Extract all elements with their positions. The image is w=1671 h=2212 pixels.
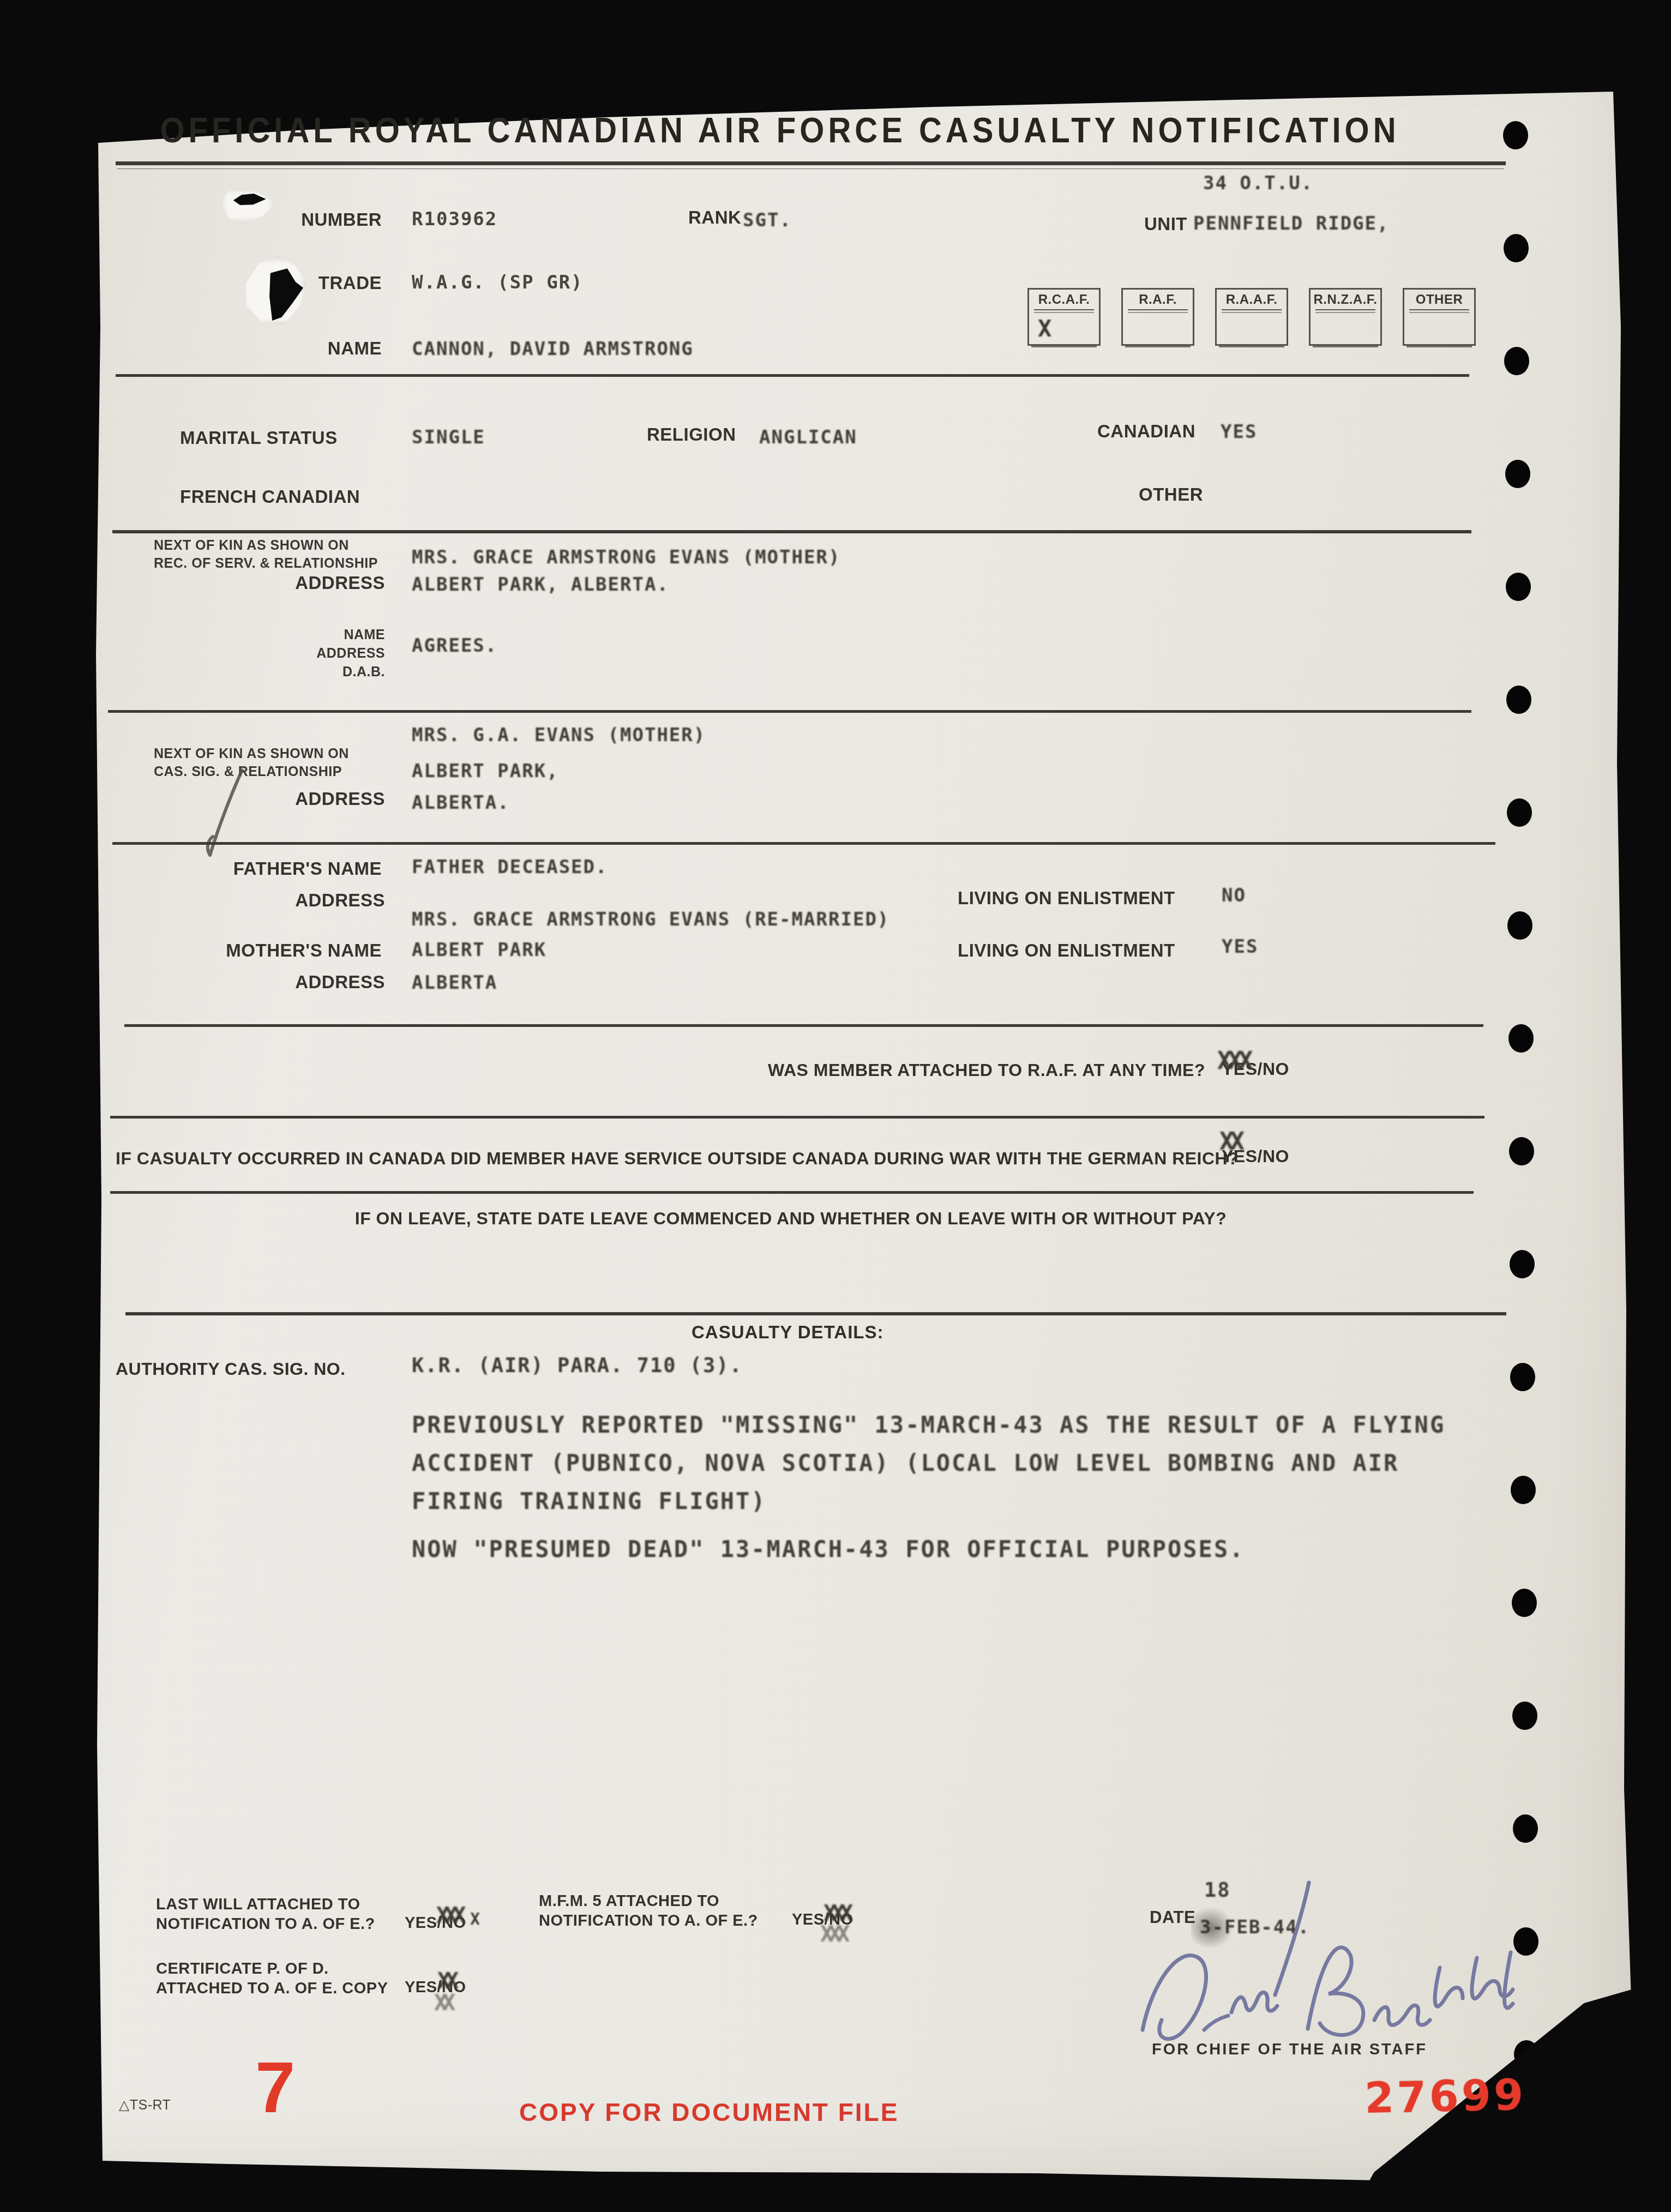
checkbox-rcaf: R.C.A.F. X bbox=[1027, 288, 1101, 346]
divider bbox=[1409, 309, 1469, 310]
casualty-presumed-dead-line: NOW "PRESUMED DEAD" 13-MARCH-43 FOR OFFI… bbox=[412, 1536, 1245, 1563]
checkbox-rnzaf: R.N.Z.A.F. bbox=[1309, 288, 1382, 346]
mfm-overstrike-mark2: XXX bbox=[820, 1922, 845, 1947]
checkbox-raaf-label: R.A.A.F. bbox=[1217, 292, 1287, 308]
last-will-extra-mark: X bbox=[470, 1910, 481, 1930]
nok-cas-address-label: ADDRESS bbox=[229, 789, 385, 809]
copy-for-document-file-stamp: COPY FOR DOCUMENT FILE bbox=[519, 2097, 899, 2127]
handwritten-checkmark-icon bbox=[203, 767, 249, 861]
mfm-yesno: YES/NO XXX XXX bbox=[792, 1910, 853, 1930]
mother-address-value: ALBERTA bbox=[412, 972, 497, 994]
marital-status-label: MARITAL STATUS bbox=[180, 428, 338, 448]
file-number-stamp: 27699 bbox=[1364, 2071, 1526, 2123]
number-value: R103962 bbox=[412, 208, 497, 231]
certificate-label-line1: CERTIFICATE P. OF D. bbox=[156, 1959, 388, 1979]
last-will-overstrike-mark: XXX bbox=[436, 1903, 461, 1928]
trade-value: W.A.G. (SP GR) bbox=[412, 272, 584, 294]
nok-cas-name: MRS. G.A. EVANS (MOTHER) bbox=[412, 724, 706, 747]
nok-cas-label-line2: CAS. SIG. & RELATIONSHIP bbox=[154, 763, 349, 781]
nok-record-dab-sublabel: D.A.B. bbox=[229, 663, 385, 681]
checkbox-other: OTHER bbox=[1403, 288, 1476, 346]
rank-label: RANK bbox=[688, 207, 741, 228]
certificate-label-line2: ATTACHED TO A. OF E. COPY bbox=[156, 1979, 388, 1998]
nok-record-name: MRS. GRACE ARMSTRONG EVANS (MOTHER) bbox=[412, 546, 840, 569]
checkbox-raaf: R.A.A.F. bbox=[1215, 288, 1288, 346]
checkbox-raf-label: R.A.F. bbox=[1123, 292, 1193, 308]
leave-question: IF ON LEAVE, STATE DATE LEAVE COMMENCED … bbox=[349, 1209, 1233, 1229]
nok-cas-address1: ALBERT PARK, bbox=[412, 760, 559, 783]
mother-address-label: ADDRESS bbox=[229, 972, 385, 993]
nok-record-label: NEXT OF KIN AS SHOWN ON REC. OF SERV. & … bbox=[154, 537, 378, 572]
copy-number-stamp: 7 bbox=[255, 2052, 295, 2124]
mother-living-value: YES bbox=[1222, 936, 1258, 958]
divider bbox=[1315, 309, 1375, 310]
canadian-value: YES bbox=[1221, 421, 1257, 443]
form-code: △TS-RT bbox=[119, 2097, 171, 2113]
certificate-yesno: YES/NO XX XX bbox=[405, 1977, 466, 1997]
mfm-label-line2: NOTIFICATION TO A. OF E.? bbox=[539, 1911, 758, 1931]
nok-record-dab-value: AGREES. bbox=[412, 635, 497, 657]
section-rule bbox=[112, 842, 1495, 845]
father-address-label: ADDRESS bbox=[229, 890, 385, 911]
nok-record-label-line2: REC. OF SERV. & RELATIONSHIP bbox=[154, 555, 378, 573]
last-will-label-line2: NOTIFICATION TO A. OF E.? bbox=[156, 1914, 375, 1934]
nok-record-address: ALBERT PARK, ALBERTA. bbox=[412, 574, 669, 596]
reich-yesno: YES/NO XX bbox=[1222, 1146, 1289, 1167]
signature bbox=[1091, 1849, 1527, 2070]
header-rule bbox=[116, 161, 1506, 165]
section-rule bbox=[112, 530, 1471, 533]
father-living-label: LIVING ON ENLISTMENT bbox=[958, 888, 1175, 909]
mother-city-value: ALBERT PARK bbox=[412, 939, 546, 961]
mother-living-label: LIVING ON ENLISTMENT bbox=[958, 940, 1175, 961]
reich-question: IF CASUALTY OCCURRED IN CANADA DID MEMBE… bbox=[116, 1149, 1239, 1169]
mothers-name-label: MOTHER'S NAME bbox=[153, 940, 382, 961]
canadian-label: CANADIAN bbox=[1097, 421, 1195, 442]
section-rule bbox=[110, 1191, 1474, 1194]
certificate-label: CERTIFICATE P. OF D. ATTACHED TO A. OF E… bbox=[156, 1959, 388, 1999]
nok-record-name-sublabel: NAME bbox=[229, 626, 385, 644]
fathers-name-label: FATHER'S NAME bbox=[164, 858, 382, 879]
father-living-value: NO bbox=[1222, 885, 1246, 907]
section-rule bbox=[124, 1024, 1483, 1027]
nok-cas-address2: ALBERTA. bbox=[412, 792, 510, 814]
last-will-yesno: YES/NO XXX bbox=[405, 1913, 466, 1933]
checkbox-raf: R.A.F. bbox=[1121, 288, 1194, 346]
name-value: CANNON, DAVID ARMSTRONG bbox=[412, 338, 694, 360]
religion-value: ANGLICAN bbox=[759, 426, 857, 449]
section-rule bbox=[125, 1312, 1506, 1315]
section-rule bbox=[110, 1116, 1484, 1119]
name-label: NAME bbox=[235, 338, 382, 359]
reich-overstrike-mark: XX bbox=[1219, 1128, 1241, 1156]
casualty-paragraph-line3: FIRING TRAINING FLIGHT) bbox=[412, 1488, 767, 1515]
divider bbox=[1128, 309, 1188, 310]
authority-label: AUTHORITY CAS. SIG. NO. bbox=[116, 1359, 346, 1379]
raf-yesno: YES/NO XXX bbox=[1222, 1059, 1289, 1079]
nok-record-address-sublabel: ADDRESS bbox=[229, 645, 385, 663]
checkbox-other-label: OTHER bbox=[1404, 292, 1474, 308]
nok-cas-label-line1: NEXT OF KIN AS SHOWN ON bbox=[154, 745, 349, 763]
fathers-name-value: FATHER DECEASED. bbox=[412, 856, 608, 879]
casualty-paragraph-line1: PREVIOUSLY REPORTED "MISSING" 13-MARCH-4… bbox=[412, 1411, 1445, 1439]
raf-question: WAS MEMBER ATTACHED TO R.A.F. AT ANY TIM… bbox=[671, 1060, 1205, 1080]
mfm-label: M.F.M. 5 ATTACHED TO NOTIFICATION TO A. … bbox=[539, 1891, 758, 1931]
nok-record-label-line1: NEXT OF KIN AS SHOWN ON bbox=[154, 537, 378, 555]
unit-otu-value: 34 O.T.U. bbox=[1203, 172, 1313, 195]
checkbox-rnzaf-label: R.N.Z.A.F. bbox=[1311, 292, 1380, 308]
certificate-overstrike-mark2: XX bbox=[434, 1991, 450, 2016]
divider bbox=[1034, 309, 1094, 310]
unit-value: PENNFIELD RIDGE, bbox=[1193, 213, 1390, 235]
religion-label: RELIGION bbox=[647, 424, 736, 445]
marital-status-value: SINGLE bbox=[412, 426, 485, 449]
nok-record-address-label: ADDRESS bbox=[229, 573, 385, 593]
scanned-casualty-form-page: { "header": { "title": "OFFICIAL ROYAL C… bbox=[0, 0, 1671, 2212]
section-rule bbox=[108, 710, 1471, 713]
last-will-label: LAST WILL ATTACHED TO NOTIFICATION TO A.… bbox=[156, 1895, 375, 1934]
raf-overstrike-mark: XXX bbox=[1217, 1047, 1249, 1075]
other-label: OTHER bbox=[1139, 484, 1203, 505]
checkbox-rcaf-mark: X bbox=[1038, 315, 1051, 342]
casualty-paragraph-line2: ACCIDENT (PUBNICO, NOVA SCOTIA) (LOCAL L… bbox=[412, 1450, 1399, 1477]
service-checkbox-row: R.C.A.F. X R.A.F. R.A.A.F. R.N.Z.A.F. OT… bbox=[1027, 288, 1476, 346]
french-canadian-label: FRENCH CANADIAN bbox=[180, 486, 360, 507]
form-title: OFFICIAL ROYAL CANADIAN AIR FORCE CASUAL… bbox=[82, 110, 1478, 151]
authority-value: K.R. (AIR) PARA. 710 (3). bbox=[412, 1354, 743, 1378]
mother-name-line: MRS. GRACE ARMSTRONG EVANS (RE-MARRIED) bbox=[412, 909, 889, 931]
for-chief-label: FOR CHIEF OF THE AIR STAFF bbox=[1152, 2040, 1427, 2059]
rank-value: SGT. bbox=[743, 209, 792, 232]
section-rule bbox=[116, 374, 1469, 377]
divider bbox=[1222, 309, 1282, 310]
casualty-details-heading: CASUALTY DETAILS: bbox=[692, 1322, 884, 1343]
mfm-label-line1: M.F.M. 5 ATTACHED TO bbox=[539, 1891, 758, 1911]
last-will-label-line1: LAST WILL ATTACHED TO bbox=[156, 1895, 375, 1914]
ink-smudge bbox=[1191, 1907, 1234, 1949]
unit-label: UNIT bbox=[1144, 214, 1187, 235]
checkbox-rcaf-label: R.C.A.F. bbox=[1029, 292, 1099, 308]
nok-cas-label: NEXT OF KIN AS SHOWN ON CAS. SIG. & RELA… bbox=[154, 745, 349, 780]
